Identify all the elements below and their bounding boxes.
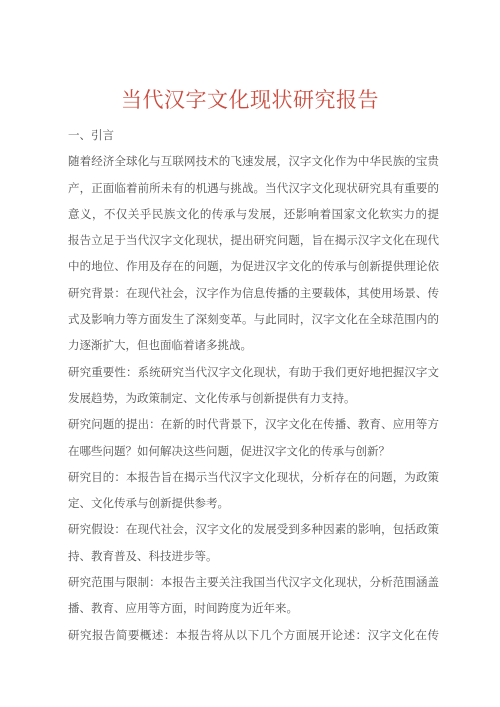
- text-line: 研究报告简要概述：本报告将从以下几个方面展开论述：汉字文化在传播、教: [68, 623, 439, 649]
- text-line: 式及影响力等方面发生了深刻变革。与此同时，汉字文化在全球范围内的影响: [68, 307, 439, 333]
- text-line: 研究目的：本报告旨在揭示当代汉字文化现状，分析存在的问题，为政策制: [68, 465, 439, 491]
- text-line: 报告立足于当代汉字文化现状，提出研究问题，旨在揭示汉字文化在现代社会: [68, 228, 439, 254]
- page-title: 当代汉字文化现状研究报告: [0, 84, 500, 114]
- text-line: 研究重要性：系统研究当代汉字文化现状，有助于我们更好地把握汉字文化的: [68, 360, 439, 386]
- text-line: 意义，不仅关乎民族文化的传承与发展，还影响着国家文化软实力的提升。本: [68, 202, 439, 228]
- text-line: 研究问题的提出：在新的时代背景下，汉字文化在传播、教育、应用等方面存: [68, 412, 439, 438]
- text-line: 定、文化传承与创新提供参考。: [68, 491, 439, 517]
- text-line: 中的地位、作用及存在的问题，为促进汉字文化的传承与创新提供理论依据。: [68, 254, 439, 280]
- text-line: 力逐渐扩大，但也面临着诸多挑战。: [68, 333, 439, 359]
- text-line: 产，正面临着前所未有的机遇与挑战。当代汉字文化现状研究具有重要的现实: [68, 176, 439, 202]
- text-line: 一、引言: [68, 123, 439, 149]
- text-line: 研究背景：在现代社会，汉字作为信息传播的主要载体，其使用场景、传播方: [68, 281, 439, 307]
- text-line: 持、教育普及、科技进步等。: [68, 544, 439, 570]
- text-line: 在哪些问题？如何解决这些问题，促进汉字文化的传承与创新？: [68, 439, 439, 465]
- text-line: 播、教育、应用等方面，时间跨度为近年来。: [68, 596, 439, 622]
- text-line: 研究假设：在现代社会，汉字文化的发展受到多种因素的影响，包括政策支: [68, 517, 439, 543]
- document-body: 一、引言随着经济全球化与互联网技术的飞速发展，汉字文化作为中华民族的宝贵遗产，正…: [68, 123, 439, 649]
- text-line: 随着经济全球化与互联网技术的飞速发展，汉字文化作为中华民族的宝贵遗: [68, 149, 439, 175]
- text-line: 发展趋势，为政策制定、文化传承与创新提供有力支持。: [68, 386, 439, 412]
- document-page: 当代汉字文化现状研究报告 一、引言随着经济全球化与互联网技术的飞速发展，汉字文化…: [0, 0, 500, 707]
- text-line: 研究范围与限制：本报告主要关注我国当代汉字文化现状，分析范围涵盖传: [68, 570, 439, 596]
